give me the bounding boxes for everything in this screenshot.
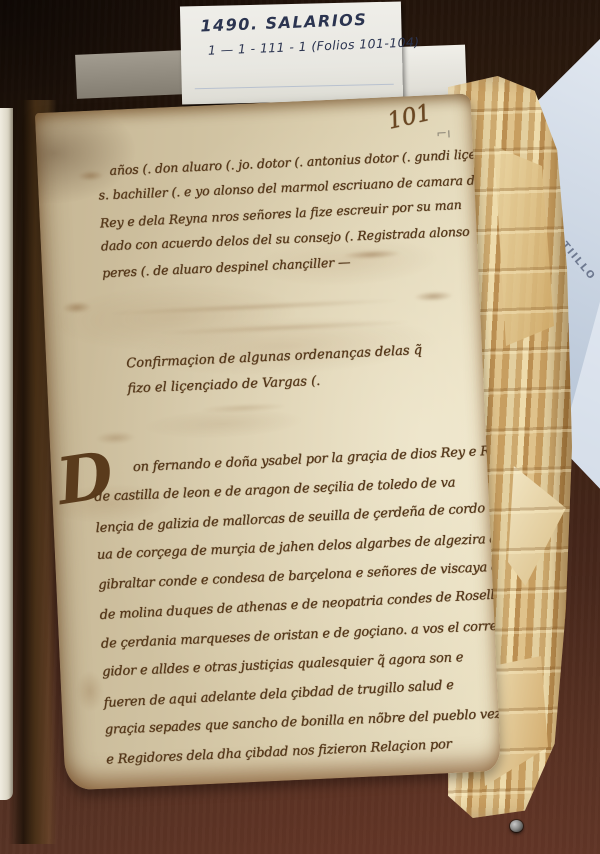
note-card-rule bbox=[195, 84, 394, 90]
stain bbox=[413, 290, 453, 302]
stain bbox=[61, 301, 92, 314]
note-card-reference: 1 — 1 - 111 - 1 (Folios 101-104) bbox=[208, 34, 420, 57]
folio-corner-mark: ⌐ı bbox=[436, 126, 451, 142]
stain bbox=[155, 318, 415, 337]
note-card: 1490. SALARIOS 1 — 1 - 111 - 1 (Folios 1… bbox=[180, 2, 403, 105]
manuscript-page: 101 ⌐ı años (. don aluaro (. jo. dotor (… bbox=[35, 93, 501, 790]
folio-number: 101 bbox=[385, 100, 434, 135]
page-flap bbox=[508, 466, 566, 586]
nail-head bbox=[510, 820, 523, 832]
note-card-title: 1490. SALARIOS bbox=[200, 10, 368, 36]
stain bbox=[76, 671, 104, 712]
stain bbox=[104, 297, 404, 318]
closing-paragraph: años (. don aluaro (. jo. dotor (. anton… bbox=[97, 143, 452, 286]
section-heading: Confirmaçion de algunas ordenanças delas… bbox=[126, 338, 424, 403]
page-flap bbox=[494, 146, 554, 346]
photo-scene: OTIILLO 1490. SALARIOS 1 — 1 - 111 - 1 (… bbox=[0, 0, 600, 854]
royal-provision: on fernando e doña ysabel por la graçia … bbox=[92, 437, 501, 775]
stain bbox=[198, 402, 288, 414]
